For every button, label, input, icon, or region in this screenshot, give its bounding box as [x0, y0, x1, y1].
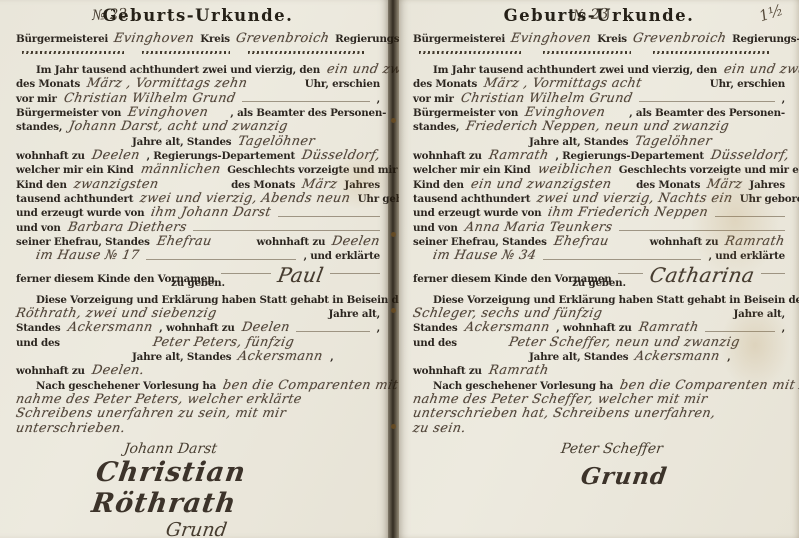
page-header: № 22 Geburts-Urkunde. — [16, 4, 380, 28]
handwritten-entry: zu sein. — [412, 421, 467, 436]
body-line: standes,Johann Darst, acht und zwanzig — [16, 119, 380, 133]
handwritten-entry: im Hause № 17 — [35, 248, 141, 263]
printed-text: Jahre alt, Standes — [132, 351, 231, 363]
handwritten-entry: März , Vormittags zehn — [86, 76, 249, 91]
body-line: wohnhaft zuRamrath, Regierungs-Departeme… — [413, 148, 785, 162]
flourish-mark — [142, 51, 230, 54]
printed-text: , — [330, 351, 333, 363]
printed-text: vor mir — [16, 93, 57, 105]
body-line: wohnhaft zuRamrath — [413, 363, 785, 377]
printed-text: , — [782, 322, 785, 334]
printed-text: Jahre alt, Standes — [132, 136, 231, 148]
body-line: und desPeter Scheffer, neun und zwanzig — [413, 335, 785, 349]
signature-block: Johann Darst Christian Röthrath Grund — [16, 441, 380, 538]
body-line: Diese Vorzeigung und Erklärung haben Sta… — [413, 292, 785, 306]
body-line: Bürgermeister vonEvinghoven, als Beamter… — [16, 105, 380, 119]
flourish-divider — [413, 47, 785, 59]
body-line: tausend achthundertzwei und vierzig, Nac… — [413, 191, 785, 205]
printed-text: standes, — [16, 121, 62, 133]
district-label: Kreis — [597, 33, 627, 45]
handwritten-entry: Deelen — [90, 148, 140, 163]
handwritten-entry: ihm Johann Darst — [150, 205, 273, 220]
handwritten-entry: nahme des Peter Scheffer, welcher mit mi… — [412, 392, 709, 407]
printed-text: und erzeugt wurde von — [413, 207, 541, 219]
body-line: im Hause № 17, und erklärte — [16, 248, 380, 262]
printed-text: und erzeugt wurde von — [16, 207, 144, 219]
printed-text: und von — [413, 222, 458, 234]
handwritten-entry: Anna Maria Teunkers — [463, 220, 613, 235]
printed-text: zu geben. — [171, 277, 225, 289]
printed-text: wohnhaft zu — [16, 365, 85, 377]
header-line: Bürgermeisterei Evinghoven Kreis Grevenb… — [413, 31, 785, 47]
body-line: ferner diesem Kinde den VornamenPaul — [16, 263, 380, 277]
fill-rule — [705, 331, 774, 332]
printed-text: , wohnhaft zu — [556, 322, 632, 334]
child-forename: Paul — [276, 263, 326, 287]
fill-rule — [715, 216, 785, 217]
office-label: Bürgermeisterei — [16, 33, 108, 45]
printed-text: , wohnhaft zu — [159, 322, 235, 334]
body-line: StandesAckersmann, wohnhaft zuRamrath, — [413, 320, 785, 334]
handwritten-entry: Deelen. — [90, 363, 145, 378]
body-line: Nach geschehener Vorlesung haben die Com… — [16, 378, 380, 392]
body-line: welcher mir ein KindmännlichenGeschlecht… — [16, 162, 380, 176]
printed-text: Standes — [413, 322, 458, 334]
fill-rule — [278, 216, 380, 217]
right-page: № 23 Geburts-Urkunde. 1½ Bürgermeisterei… — [399, 0, 799, 538]
handwritten-entry: Ramrath — [724, 234, 786, 249]
handwritten-entry: Ackersmann — [66, 320, 153, 335]
handwritten-entry: Peter Peters, fünfzig — [152, 335, 296, 350]
printed-text: , Regierungs-Departement — [555, 150, 704, 162]
body-line: tausend achthundertzwei und vierzig, Abe… — [16, 191, 380, 205]
fill-rule — [146, 259, 296, 260]
printed-text: des Monats — [636, 179, 700, 191]
printed-text: , und erklärte — [303, 250, 380, 262]
printed-text: Jahre alt, — [328, 308, 380, 320]
signature: Christian Röthrath — [12, 457, 385, 519]
printed-text: Uhr, erschien — [305, 78, 380, 90]
office-label: Bürgermeisterei — [413, 33, 505, 45]
handwritten-entry: Schreibens unerfahren zu sein, mit mir — [15, 406, 288, 421]
header-line: Bürgermeisterei Evinghoven Kreis Grevenb… — [16, 31, 380, 47]
handwritten-entry: Ackersmann — [463, 320, 550, 335]
handwritten-entry: Evinghoven — [524, 105, 607, 120]
printed-text: wohnhaft zu — [16, 150, 85, 162]
body-line: Jahre alt, StandesAckersmann, — [16, 349, 380, 363]
foxing-spot — [391, 308, 396, 313]
handwritten-entry: ben die Comparenten mit Aus- — [619, 378, 799, 393]
register-book-scan: № 22 Geburts-Urkunde. Bürgermeisterei Ev… — [0, 0, 799, 538]
fill-rule — [619, 230, 785, 231]
printed-text: und des — [16, 337, 60, 349]
signature: Johann Darst — [15, 441, 381, 457]
fill-rule — [296, 331, 369, 332]
body-line: Schreibens unerfahren zu sein, mit mir — [16, 406, 380, 420]
printed-text: des Monats — [16, 78, 80, 90]
handwritten-entry: Friederich Neppen, neun und zwanzig — [465, 119, 731, 134]
body-line: zu sein. — [413, 421, 785, 435]
printed-text: Jahre alt, Standes — [529, 136, 628, 148]
printed-text: , und erklärte — [708, 250, 785, 262]
printed-text: tausend achthundert — [413, 193, 530, 205]
printed-text: Kind den — [16, 179, 67, 191]
handwritten-entry: Deelen — [240, 320, 290, 335]
handwritten-entry: unterschrieben. — [15, 421, 127, 436]
body-line: wohnhaft zuDeelen, Regierungs-Departemen… — [16, 148, 380, 162]
printed-text: Bürgermeister von — [16, 107, 121, 119]
handwritten-entry: Düsseldorf, — [301, 148, 382, 163]
printed-text: , — [377, 93, 380, 105]
printed-text: Geschlechts vorzeigte und mir erklärte, … — [619, 164, 799, 176]
fill-rule — [639, 101, 774, 102]
printed-text: , Regierungs-Departement — [147, 150, 296, 162]
signature: Peter Scheffer — [412, 441, 786, 457]
body-line: seiner Ehefrau, StandesEhefrauwohnhaft z… — [16, 234, 380, 248]
printed-text: seiner Ehefrau, Standes — [413, 236, 547, 248]
body-line: und vonBarbara Diethers — [16, 220, 380, 234]
flourish-mark — [248, 51, 366, 54]
handwritten-entry: unterschrieben hat, Schreibens unerfahre… — [412, 406, 717, 421]
fill-rule — [618, 273, 642, 274]
fill-rule — [761, 273, 785, 274]
body-line: Kind denein und zwanzigstendes MonatsMär… — [413, 177, 785, 191]
printed-text: Diese Vorzeigung und Erklärung haben Sta… — [36, 294, 410, 306]
handwritten-entry: Düsseldorf, — [710, 148, 791, 163]
printed-text: wohnhaft zu — [413, 365, 482, 377]
handwritten-entry: männlichen — [139, 162, 221, 177]
fill-rule — [330, 273, 380, 274]
handwritten-entry: Christian Wilhelm Grund — [459, 91, 633, 106]
fill-rule — [193, 230, 380, 231]
printed-text: Jahres — [749, 179, 785, 191]
printed-text: wohnhaft zu — [650, 236, 719, 248]
book-binding-seam — [388, 0, 399, 538]
printed-text: Jahre alt, Standes — [529, 351, 628, 363]
printed-text: welcher mir ein Kind — [16, 164, 134, 176]
body-line: Schleger, sechs und fünfzigJahre alt, — [413, 306, 785, 320]
printed-text: Kind den — [413, 179, 464, 191]
printed-text: Nach geschehener Vorlesung ha — [433, 380, 613, 392]
signature-block: Peter Scheffer Grund — [413, 441, 785, 490]
printed-text: , — [782, 93, 785, 105]
handwritten-entry: zwanzigsten — [72, 177, 159, 192]
handwritten-entry: ein und zwanzigsten — [469, 177, 612, 192]
district-value: Grevenbroich — [235, 31, 331, 46]
handwritten-entry: Schleger, sechs und fünfzig — [412, 306, 604, 321]
handwritten-entry: Ramrath — [637, 320, 699, 335]
office-value: Evinghoven — [113, 31, 196, 46]
printed-text: vor mir — [413, 93, 454, 105]
body-line: und erzeugt wurde vonihm Friederich Nepp… — [413, 205, 785, 219]
body-line: Jahre alt, StandesAckersmann, — [413, 349, 785, 363]
handwritten-entry: im Hause № 34 — [432, 248, 538, 263]
printed-text: welcher mir ein Kind — [413, 164, 531, 176]
handwritten-entry: Ackersmann — [634, 349, 721, 364]
body-line: Röthrath, zwei und siebenzigJahre alt, — [16, 306, 380, 320]
body-line: und erzeugt wurde vonihm Johann Darst — [16, 205, 380, 219]
printed-text: Jahres — [344, 179, 380, 191]
printed-text: Bürgermeister von — [413, 107, 518, 119]
body-line: Nach geschehener Vorlesung haben die Com… — [413, 378, 785, 392]
flourish-mark — [543, 51, 631, 54]
body-line: standes,Friederich Neppen, neun und zwan… — [413, 119, 785, 133]
printed-text: und des — [413, 337, 457, 349]
signature: Grund — [14, 519, 381, 538]
handwritten-entry: ihm Friederich Neppen — [547, 205, 710, 220]
printed-text: des Monats — [413, 78, 477, 90]
signature: Grund — [411, 463, 787, 490]
flourish-mark — [653, 51, 771, 54]
body-line: ferner diesem Kinde den VornamenCatharin… — [413, 263, 785, 277]
printed-text: Jahre alt, — [733, 308, 785, 320]
body-line: Jahre alt, StandesTagelöhner — [16, 134, 380, 148]
flourish-mark — [419, 51, 521, 54]
printed-text: und von — [16, 222, 61, 234]
body-line: vor mirChristian Wilhelm Grund, — [413, 91, 785, 105]
body-line: Bürgermeister vonEvinghoven, als Beamter… — [413, 105, 785, 119]
handwritten-entry: Ehefrau — [552, 234, 609, 249]
handwritten-entry: zwei und vierzig, Abends neun — [139, 191, 352, 206]
body-line: vor mirChristian Wilhelm Grund, — [16, 91, 380, 105]
handwritten-entry: Röthrath, zwei und siebenzig — [15, 306, 218, 321]
handwritten-entry: Tagelöhner — [634, 134, 714, 149]
printed-text: Uhr geboren ist — [740, 193, 799, 205]
body-line: welcher mir ein KindweiblichenGeschlecht… — [413, 162, 785, 176]
handwritten-entry: März — [301, 177, 339, 192]
body-line: wohnhaft zuDeelen. — [16, 363, 380, 377]
printed-text: wohnhaft zu — [257, 236, 326, 248]
handwritten-entry: nahme des Peter Peters, welcher erklärte — [15, 392, 303, 407]
printed-text: Im Jahr tausend achthundert zwei und vie… — [36, 64, 320, 76]
body-line: und vonAnna Maria Teunkers — [413, 220, 785, 234]
printed-text: tausend achthundert — [16, 193, 133, 205]
printed-text: zu geben. — [572, 277, 626, 289]
handwritten-entry: Johann Darst, acht und zwanzig — [68, 119, 289, 134]
office-value: Evinghoven — [510, 31, 593, 46]
handwritten-entry: März , Vormittags acht — [483, 76, 643, 91]
district-value: Grevenbroich — [632, 31, 728, 46]
body-line: StandesAckersmann, wohnhaft zuDeelen, — [16, 320, 380, 334]
handwritten-entry: März — [706, 177, 744, 192]
printed-text: , als Beamter des Personen- — [629, 107, 785, 119]
page-title: Geburts-Urkunde. — [16, 6, 380, 25]
body-line: unterschrieben. — [16, 421, 380, 435]
handwritten-entry: Ackersmann — [237, 349, 324, 364]
department-label: Regierungs-Departement Düsseldorf. — [732, 33, 799, 45]
handwritten-entry: weiblichen — [536, 162, 613, 177]
child-forename: Catharina — [647, 263, 756, 287]
printed-text: , — [377, 322, 380, 334]
handwritten-entry: ein und zwanzigsten — [723, 62, 799, 77]
printed-text: Im Jahr tausend achthundert zwei und vie… — [433, 64, 717, 76]
body-line: des MonatsMärz , Vormittags zehnUhr, ers… — [16, 76, 380, 90]
handwritten-entry: zwei und vierzig, Nachts ein — [536, 191, 734, 206]
handwritten-entry: Deelen — [331, 234, 381, 249]
foxing-spot — [391, 232, 396, 237]
body-line: Jahre alt, StandesTagelöhner — [413, 134, 785, 148]
body-line: Diese Vorzeigung und Erklärung haben Sta… — [16, 292, 380, 306]
handwritten-entry: Tagelöhner — [237, 134, 317, 149]
printed-text: seiner Ehefrau, Standes — [16, 236, 150, 248]
certificate-body: Im Jahr tausend achthundert zwei und vie… — [413, 62, 785, 435]
left-page: № 22 Geburts-Urkunde. Bürgermeisterei Ev… — [0, 0, 388, 538]
fill-rule — [221, 273, 271, 274]
handwritten-entry: Christian Wilhelm Grund — [62, 91, 236, 106]
fill-rule — [242, 101, 369, 102]
handwritten-entry: Peter Scheffer, neun und zwanzig — [508, 335, 741, 350]
foxing-spot — [391, 118, 396, 123]
body-line: seiner Ehefrau, StandesEhefrauwohnhaft z… — [413, 234, 785, 248]
district-label: Kreis — [200, 33, 230, 45]
handwritten-entry: Ramrath — [487, 148, 549, 163]
handwritten-entry: Ramrath — [487, 363, 549, 378]
printed-text: , als Beamter des Personen- — [230, 107, 386, 119]
body-line: und desPeter Peters, fünfzig — [16, 335, 380, 349]
body-line: nahme des Peter Scheffer, welcher mit mi… — [413, 392, 785, 406]
handwritten-entry: Ehefrau — [155, 234, 212, 249]
printed-text: standes, — [413, 121, 459, 133]
printed-text: Diese Vorzeigung und Erklärung haben Sta… — [433, 294, 799, 306]
body-line: des MonatsMärz , Vormittags achtUhr, ers… — [413, 76, 785, 90]
flourish-mark — [22, 51, 124, 54]
handwritten-entry: Evinghoven — [127, 105, 210, 120]
page-header: № 23 Geburts-Urkunde. 1½ — [413, 4, 785, 28]
flourish-divider — [16, 47, 380, 59]
body-line: Im Jahr tausend achthundert zwei und vie… — [16, 62, 380, 76]
printed-text: des Monats — [231, 179, 295, 191]
printed-text: Standes — [16, 322, 61, 334]
page-title: Geburts-Urkunde. — [413, 6, 785, 25]
handwritten-entry: Barbara Diethers — [66, 220, 187, 235]
body-line: unterschrieben hat, Schreibens unerfahre… — [413, 406, 785, 420]
printed-text: Uhr, erschien — [710, 78, 785, 90]
foxing-spot — [391, 424, 396, 429]
body-line: Im Jahr tausend achthundert zwei und vie… — [413, 62, 785, 76]
printed-text: , — [727, 351, 730, 363]
body-line: im Hause № 34, und erklärte — [413, 248, 785, 262]
printed-text: wohnhaft zu — [413, 150, 482, 162]
body-line: nahme des Peter Peters, welcher erklärte — [16, 392, 380, 406]
fill-rule — [543, 259, 701, 260]
body-line: Kind denzwanzigstendes MonatsMärzJahres — [16, 177, 380, 191]
certificate-body: Im Jahr tausend achthundert zwei und vie… — [16, 62, 380, 435]
printed-text: Nach geschehener Vorlesung ha — [36, 380, 216, 392]
